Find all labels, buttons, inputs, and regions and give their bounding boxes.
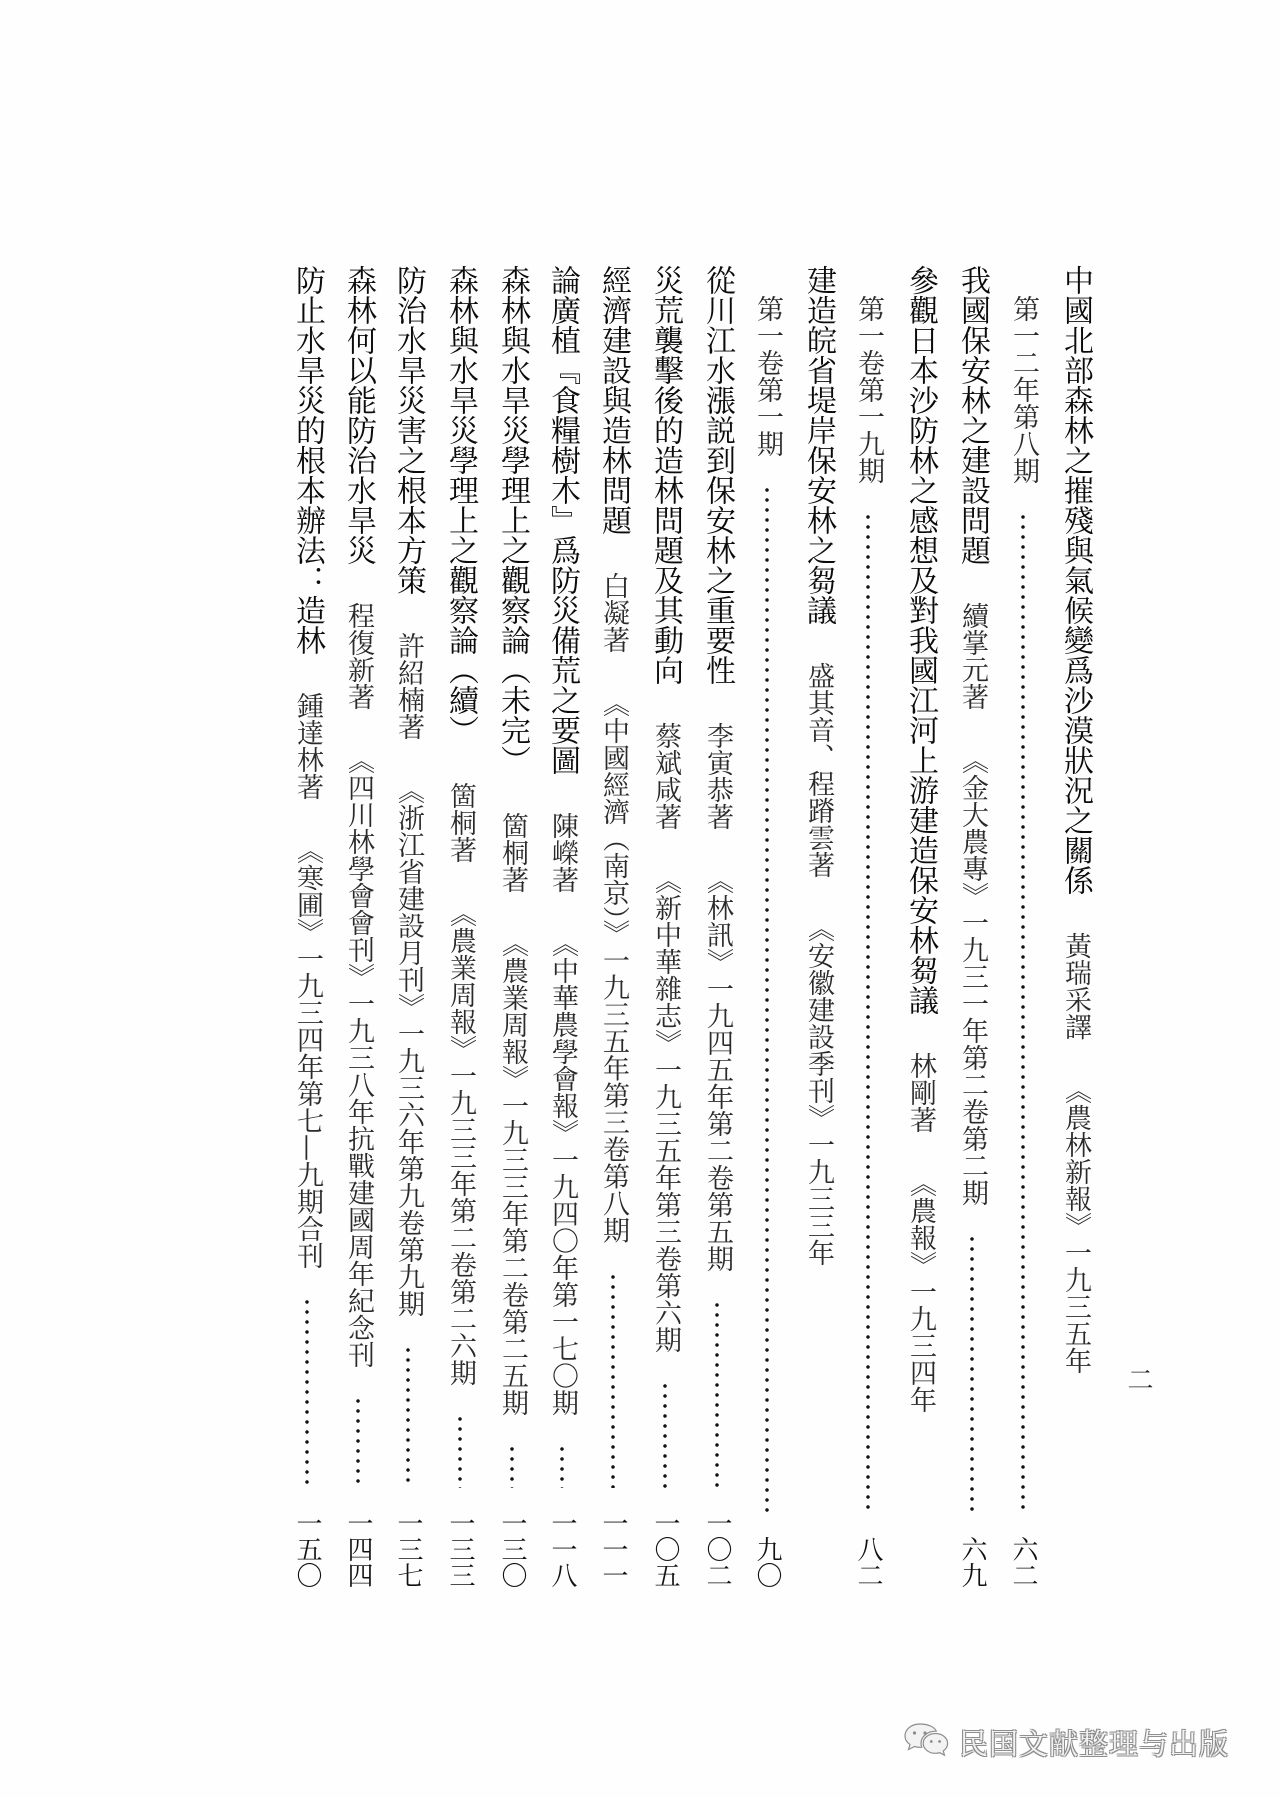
entry-title: 森林何以能防治水旱災: [340, 265, 376, 565]
toc-entry-continuation: 第一卷第一期 九〇: [749, 265, 785, 1588]
entry-page-number[interactable]: 一一八: [544, 1510, 580, 1588]
entry-title: 中國北部森林之摧殘與氣候變爲沙漠狀況之關係: [1057, 265, 1093, 895]
entry-author: 白凝著: [595, 572, 631, 653]
entry-page-number[interactable]: 六九: [954, 1536, 990, 1588]
entry-source: 《四川林學會會刊》一九三八年抗戰建國周年紀念刊: [340, 747, 376, 1368]
toc-entry-column: 論廣植『食糧樹木』爲防災備荒之要圖 陳嶸著 《中華農學會報》一九四〇年第一七〇期…: [544, 265, 580, 1588]
entry-issue: 第一二年第八期: [1005, 295, 1041, 484]
entry-source: 《中國經濟（南京）》一九三五年第三卷第八期: [595, 690, 631, 1244]
entry-page-number[interactable]: 九〇: [749, 1536, 785, 1588]
entry-author: 盛其音、程蹐雲著: [800, 662, 836, 878]
wechat-icon: [903, 1720, 949, 1764]
entry-source: 《寒圃》一九三四年第七—九期合刊: [289, 837, 325, 1269]
dot-leader: [559, 1444, 565, 1488]
dot-leader: [865, 512, 871, 1514]
entry-title: 我國保安林之建設問題: [954, 265, 990, 565]
dot-leader: [509, 1444, 515, 1488]
entry-title: 災荒襲擊後的造林問題及其動向: [647, 265, 683, 685]
entry-title: 論廣植『食糧樹木』爲防災備荒之要圖: [544, 265, 580, 775]
toc-entry-column: 災荒襲擊後的造林問題及其動向 蔡斌咸著 《新中華雜志》一九三五年第三卷第六期 一…: [647, 265, 683, 1588]
entry-author: 續掌元著: [954, 602, 990, 710]
dot-leader: [764, 485, 770, 1514]
entry-author: 蔡斌咸著: [647, 722, 683, 830]
dot-leader: [355, 1396, 361, 1488]
entry-author: 箇桐著: [494, 812, 530, 893]
entry-source: 《農業周報》一九三三年第二卷第二五期: [494, 930, 530, 1416]
toc-entry-column: 森林何以能防治水旱災 程復新著 《四川林學會會刊》一九三八年抗戰建國周年紀念刊 …: [340, 265, 376, 1588]
entry-source: 《農業周報》一九三三年第二卷第二六期: [442, 900, 478, 1386]
entry-issue: 第一卷第一九期: [850, 295, 886, 484]
dot-leader: [662, 1381, 668, 1488]
entry-page-number[interactable]: 一三〇: [494, 1510, 530, 1588]
entry-author: 鍾達林著: [289, 692, 325, 800]
page-marker: 二: [1129, 1366, 1157, 1392]
toc-entry-column: 建造皖省堤岸保安林之芻議 盛其音、程蹐雲著 《安徽建設季刊》一九三三年: [800, 265, 836, 1588]
entry-page-number[interactable]: 一四四: [340, 1510, 376, 1588]
entry-author: 箇桐著: [442, 782, 478, 863]
entry-page-number[interactable]: 一〇二: [699, 1510, 735, 1588]
entry-title: 森林與水旱災學理上之觀察論（未完）: [494, 265, 530, 775]
dot-leader: [714, 1300, 720, 1488]
entry-source: 《新中華雜志》一九三五年第三卷第六期: [647, 867, 683, 1353]
toc-entry-column: 森林與水旱災學理上之觀察論（續） 箇桐著 《農業周報》一九三三年第二卷第二六期 …: [442, 265, 478, 1588]
dot-leader: [610, 1272, 616, 1489]
entry-title: 防治水旱災害之根本方策: [390, 265, 426, 595]
entry-source: 《農報》一九三四年: [902, 1170, 938, 1413]
toc-entry-column: 參觀日本沙防林之感想及對我國江河上游建造保安林芻議 林剛著 《農報》一九三四年: [902, 265, 938, 1588]
entry-source: 《農林新報》一九三五年: [1057, 1077, 1093, 1374]
toc-page: 中國北部森林之摧殘與氣候變爲沙漠狀況之關係 黃瑞采譯 《農林新報》一九三五年 第…: [0, 0, 1280, 1798]
toc-entry-column: 經濟建設與造林問題 白凝著 《中國經濟（南京）》一九三五年第三卷第八期 一一一: [595, 265, 631, 1588]
entry-source: 《金大農專》一九三一年第二卷第二期: [954, 747, 990, 1206]
toc-entry-continuation: 第一卷第一九期 八二: [850, 265, 886, 1588]
entry-source: 《林訊》一九四五年第二卷第五期: [699, 867, 735, 1272]
toc-entry-column: 防止水旱災的根本辦法：造林 鍾達林著 《寒圃》一九三四年第七—九期合刊 一五〇: [289, 265, 325, 1588]
entry-page-number[interactable]: 一三三: [442, 1510, 478, 1588]
toc-entry-column: 防治水旱災害之根本方策 許紹楠著 《浙江省建設月刊》一九三六年第九卷第九期 一三…: [390, 265, 426, 1588]
dot-leader: [969, 1234, 975, 1514]
entry-author: 林剛著: [902, 1052, 938, 1133]
entry-issue: 第一卷第一期: [749, 295, 785, 457]
toc-entry-column: 森林與水旱災學理上之觀察論（未完） 箇桐著 《農業周報》一九三三年第二卷第二五期…: [494, 265, 530, 1588]
entry-page-number[interactable]: 一一一: [595, 1510, 631, 1588]
entry-author: 程復新著: [340, 602, 376, 710]
toc-entry-column: 中國北部森林之摧殘與氣候變爲沙漠狀況之關係 黃瑞采譯 《農林新報》一九三五年: [1057, 265, 1093, 1588]
entry-title: 參觀日本沙防林之感想及對我國江河上游建造保安林芻議: [902, 265, 938, 1015]
entry-page-number[interactable]: 六二: [1005, 1536, 1041, 1588]
dot-leader: [1020, 512, 1026, 1514]
toc-entry-column: 從川江水漲説到保安林之重要性 李寅恭著 《林訊》一九四五年第二卷第五期 一〇二: [699, 265, 735, 1588]
entry-page-number[interactable]: 一五〇: [289, 1510, 325, 1588]
entry-page-number[interactable]: 八二: [850, 1536, 886, 1588]
entry-page-number[interactable]: 一三七: [390, 1510, 426, 1588]
toc-entry-column: 我國保安林之建設問題 續掌元著 《金大農專》一九三一年第二卷第二期 六九: [954, 265, 990, 1588]
dot-leader: [405, 1345, 411, 1488]
watermark: 民国文献整理与出版: [903, 1720, 1229, 1764]
dot-leader: [304, 1297, 310, 1488]
entry-source: 《安徽建設季刊》一九三三年: [800, 915, 836, 1266]
entry-source: 《中華農學會報》一九四〇年第一七〇期: [544, 930, 580, 1416]
entry-title: 建造皖省堤岸保安林之芻議: [800, 265, 836, 625]
entry-title: 經濟建設與造林問題: [595, 265, 631, 535]
entry-author: 陳嶸著: [544, 812, 580, 893]
dot-leader: [457, 1414, 463, 1488]
entry-title: 森林與水旱災學理上之觀察論（續）: [442, 265, 478, 745]
entry-author: 許紹楠著: [390, 632, 426, 740]
entry-author: 黃瑞采譯: [1057, 932, 1093, 1040]
entry-title: 防止水旱災的根本辦法：造林: [289, 265, 325, 655]
entry-title: 從川江水漲説到保安林之重要性: [699, 265, 735, 685]
entry-source: 《浙江省建設月刊》一九三六年第九卷第九期: [390, 777, 426, 1317]
entry-author: 李寅恭著: [699, 722, 735, 830]
entry-page-number[interactable]: 一〇五: [647, 1510, 683, 1588]
toc-entry-continuation: 第一二年第八期 六二: [1005, 265, 1041, 1588]
watermark-text: 民国文献整理与出版: [959, 1722, 1229, 1763]
